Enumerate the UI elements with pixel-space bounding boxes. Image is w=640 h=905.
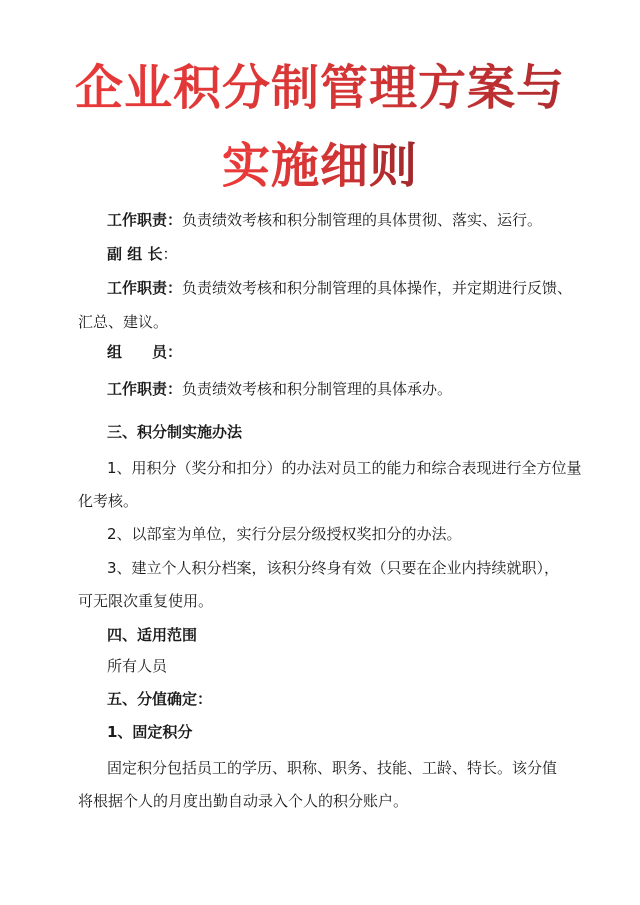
document-title-line-2-text: 实施细则 — [222, 138, 418, 194]
section-5-sub-1-text-continued: 将根据个人的月度出勤自动录入个人的积分账户。 — [78, 791, 408, 811]
section-5-heading: 五、分值确定： — [107, 689, 212, 709]
section-4-heading: 四、适用范围 — [107, 625, 197, 645]
duty-label: 工作职责： — [107, 211, 182, 229]
deputy-leader-label: 副 组 长 — [107, 245, 162, 263]
section-3-item-2: 2、以部室为单位，实行分层分级授权奖扣分的办法。 — [107, 524, 462, 544]
section-3-item-1-continued: 化考核。 — [78, 491, 138, 511]
section-3-item-3-continued: 可无限次重复使用。 — [78, 591, 213, 611]
section-5-sub-1-text: 固定积分包括员工的学历、职称、职务、技能、工龄、特长。该分值 — [107, 758, 557, 778]
duty-label: 工作职责： — [107, 279, 182, 297]
deputy-leader-line: 副 组 长： — [107, 244, 177, 264]
duty-paragraph-2-continued: 汇总、建议。 — [78, 312, 168, 332]
duty-text: 负责绩效考核和积分制管理的具体贯彻、落实、运行。 — [182, 211, 542, 229]
duty-text: 负责绩效考核和积分制管理的具体操作，并定期进行反馈、 — [182, 279, 572, 297]
duty-paragraph-2: 工作职责：负责绩效考核和积分制管理的具体操作，并定期进行反馈、 — [107, 278, 572, 298]
section-5-sub-1-heading: 1、固定积分 — [107, 722, 192, 742]
section-3-heading: 三、积分制实施办法 — [107, 422, 242, 442]
document-title-line-1: 企业积分制管理方案与 — [0, 58, 640, 118]
duty-text: 负责绩效考核和积分制管理的具体承办。 — [182, 380, 452, 398]
duty-label: 工作职责： — [107, 380, 182, 398]
member-label: 组 员： — [107, 343, 182, 361]
duty-paragraph-3: 工作职责：负责绩效考核和积分制管理的具体承办。 — [107, 379, 452, 399]
section-4-body: 所有人员 — [107, 656, 167, 676]
section-3-item-1: 1、用积分（奖分和扣分）的办法对员工的能力和综合表现进行全方位量 — [107, 458, 582, 478]
section-3-item-3: 3、建立个人积分档案，该积分终身有效（只要在企业内持续就职）， — [107, 558, 559, 578]
deputy-leader-colon: ： — [162, 245, 177, 263]
member-line: 组 员： — [107, 342, 182, 362]
duty-paragraph-1: 工作职责：负责绩效考核和积分制管理的具体贯彻、落实、运行。 — [107, 210, 542, 230]
document-title-line-2: 实施细则 — [0, 136, 640, 196]
